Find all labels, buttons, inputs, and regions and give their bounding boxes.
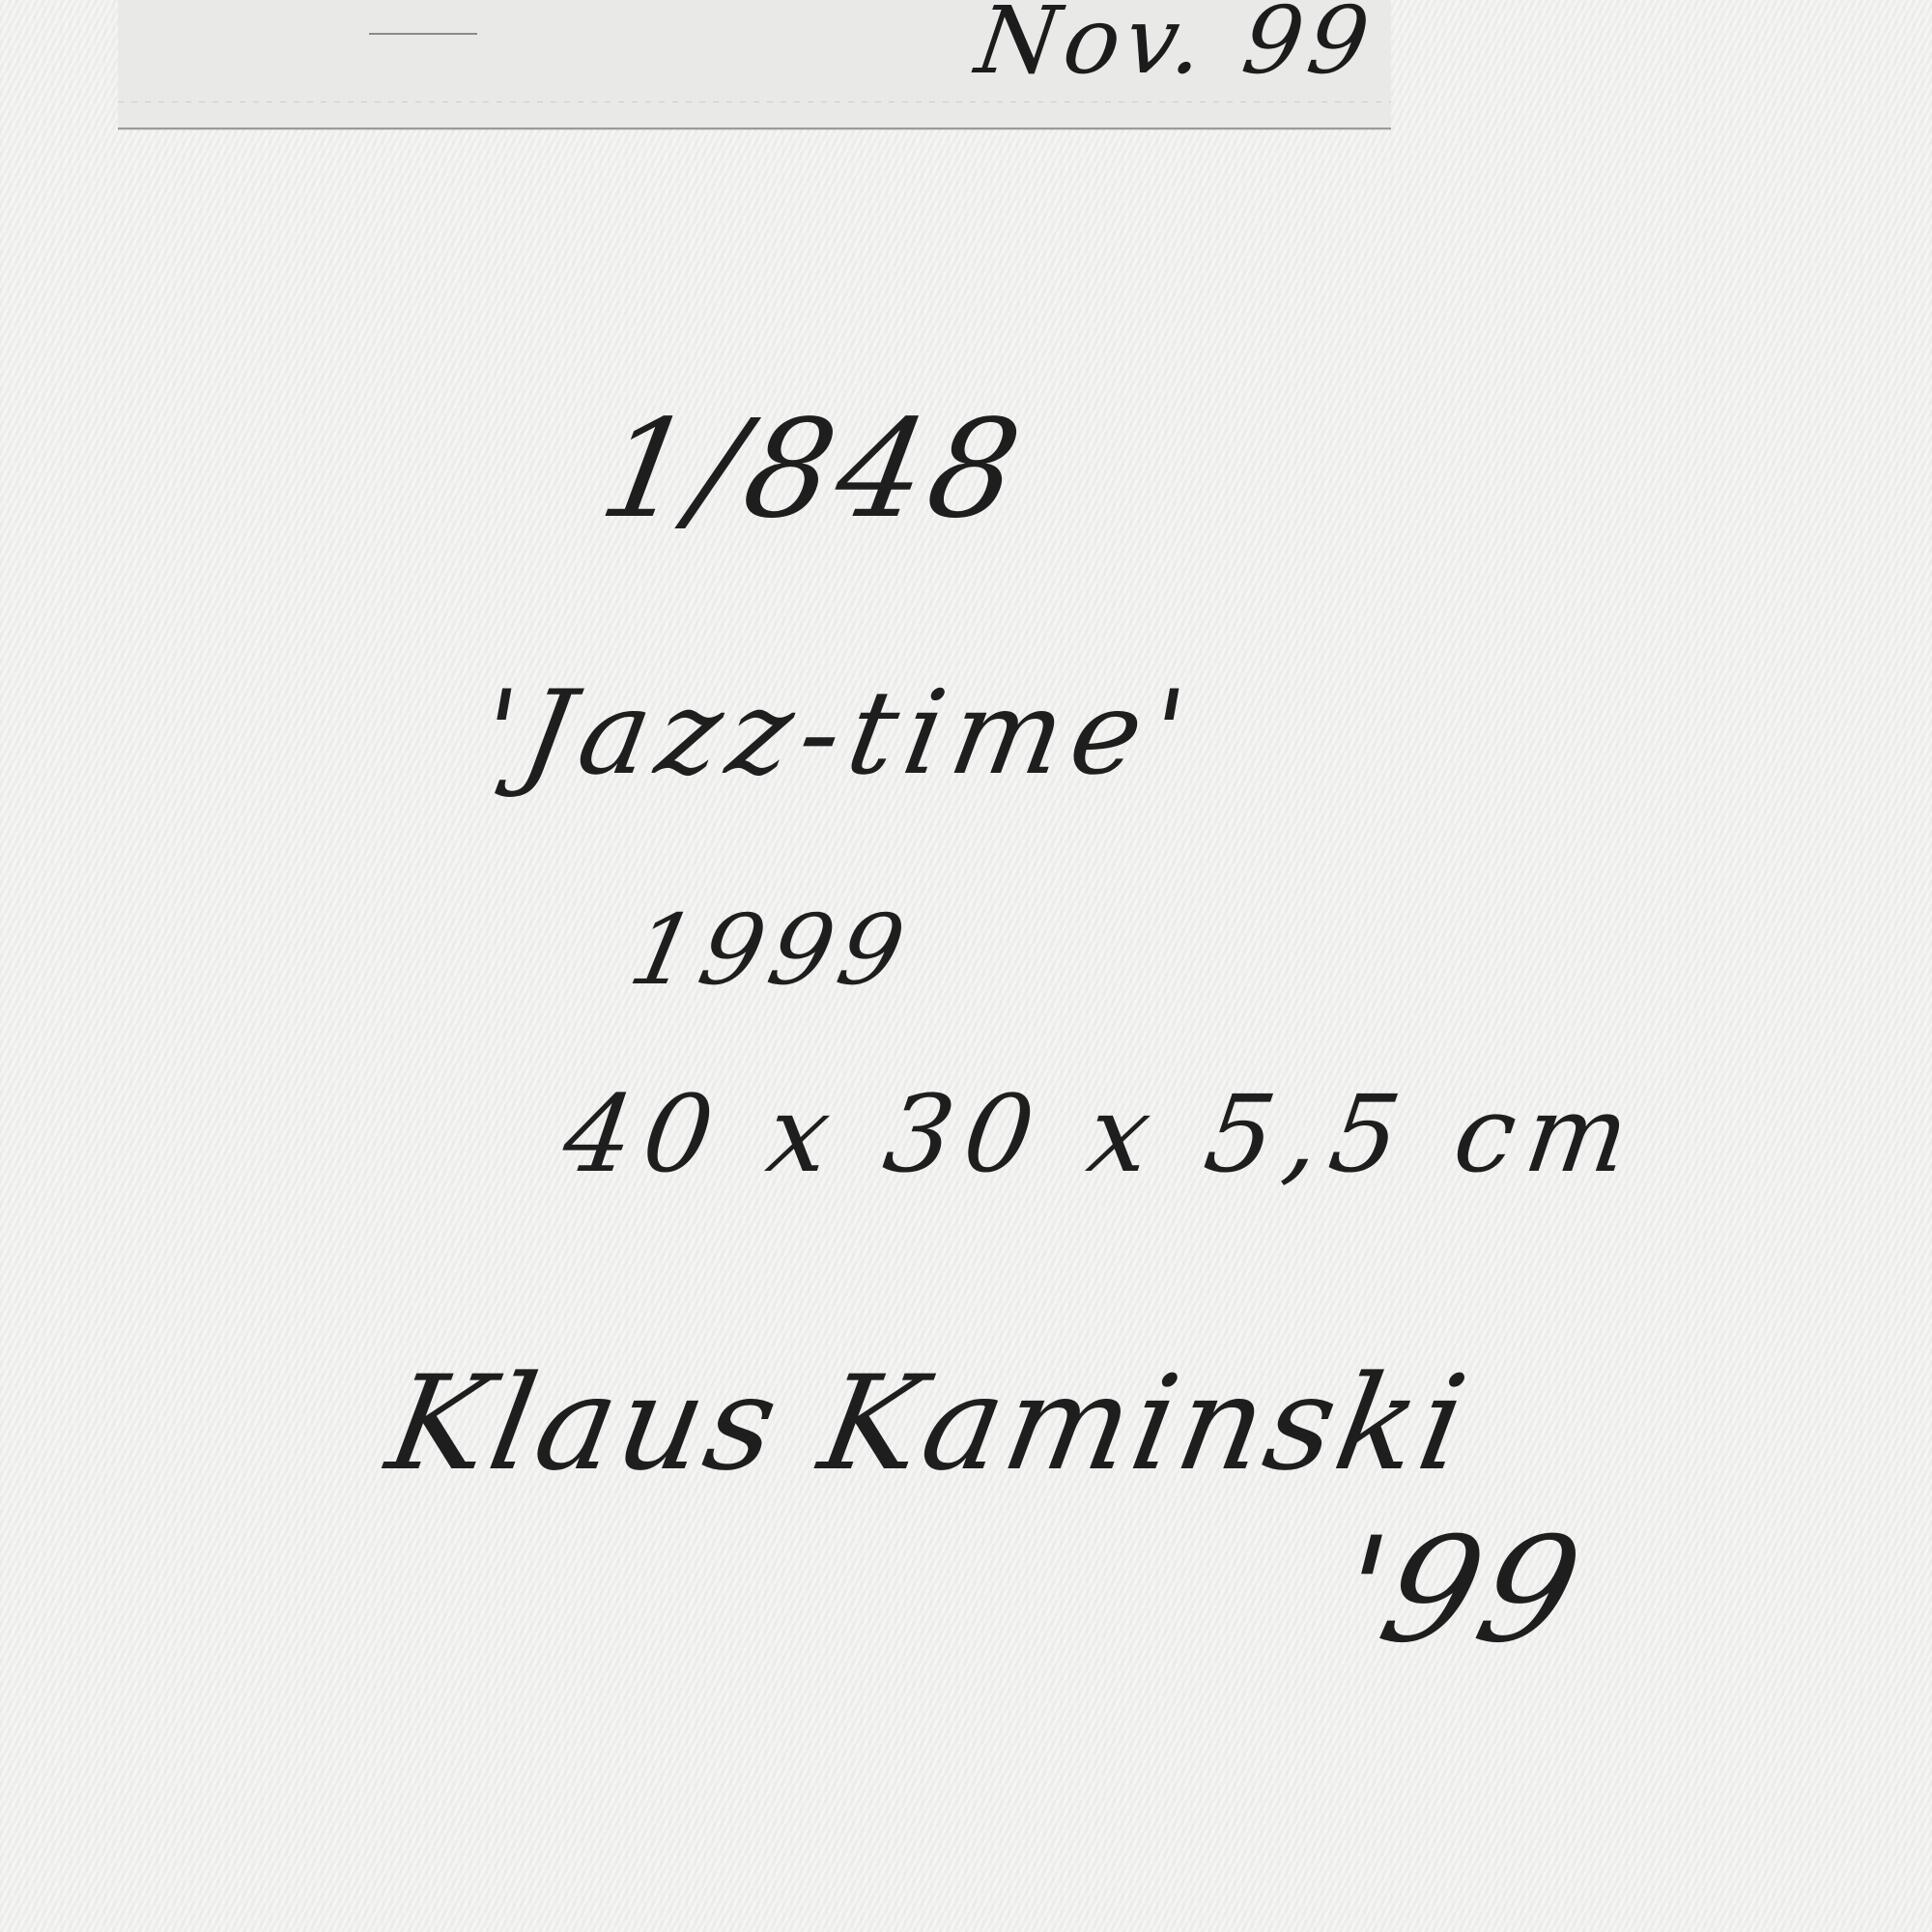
label-ruled-line	[118, 101, 1391, 102]
paper-label: Nov. 99	[118, 0, 1391, 129]
inventory-number: 1/848	[590, 391, 1037, 549]
artwork-title: 'Jazz-time'	[471, 667, 1205, 801]
artwork-year: 1999	[621, 894, 922, 1007]
label-date: Nov. 99	[970, 0, 1381, 95]
label-dash-mark	[369, 33, 477, 35]
artwork-dimensions: 40 x 30 x 5,5 cm	[556, 1072, 1648, 1196]
signature-date: '99	[1321, 1507, 1599, 1675]
artist-signature: Klaus Kaminski	[378, 1348, 1480, 1499]
